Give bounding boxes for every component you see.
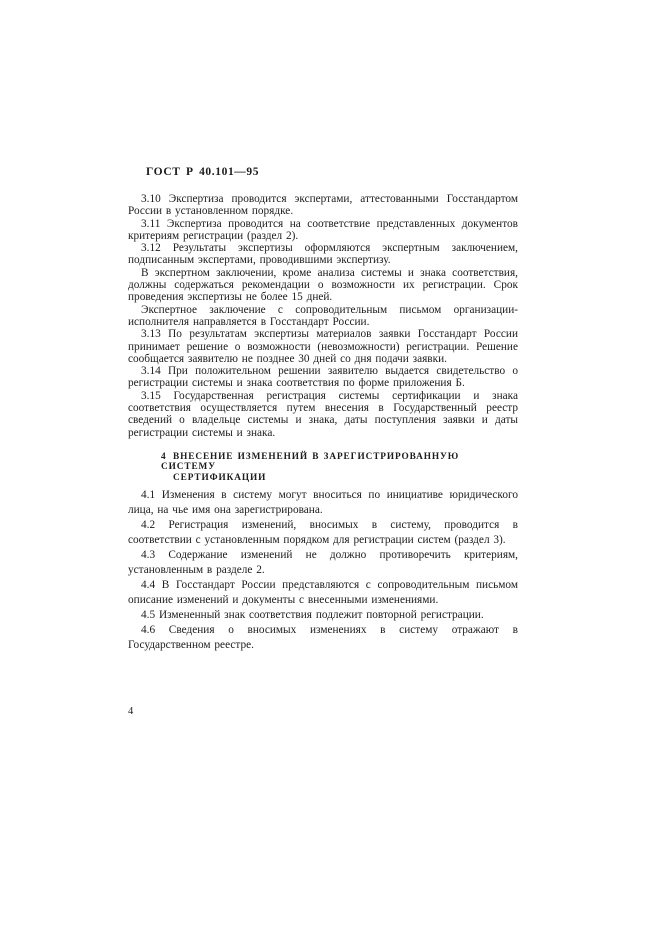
paragraph-3-12-note-2: Экспертное заключение с сопроводительным… [128,304,518,329]
paragraph-3-12-note: В экспертном заключении, кроме анализа с… [128,267,518,304]
section-4-title: ВНЕСЕНИЕ ИЗМЕНЕНИЙ В ЗАРЕГИСТРИРОВАННУЮ … [161,452,459,473]
paragraph-4-4: 4.4 В Госстандарт России представляются … [128,578,518,608]
paragraph-4-6: 4.6 Сведения о вносимых изменениях в сис… [128,623,518,653]
paragraph-4-3: 4.3 Содержание изменений не должно проти… [128,548,518,578]
paragraph-4-5: 4.5 Измененный знак соответствия подлежи… [128,608,518,623]
running-header: ГОСТ Р 40.101—95 [128,166,518,178]
paragraph-4-2: 4.2 Регистрация изменений, вносимых в си… [128,518,518,548]
document-page: ГОСТ Р 40.101—95 3.10 Экспертиза проводи… [0,0,661,936]
paragraph-3-15: 3.15 Государственная регистрация системы… [128,390,518,439]
page-content: ГОСТ Р 40.101—95 3.10 Экспертиза проводи… [128,166,518,653]
paragraph-3-12: 3.12 Результаты экспертизы оформляются э… [128,242,518,267]
page-number: 4 [128,706,133,718]
paragraph-3-11: 3.11 Экспертиза проводится на соответств… [128,218,518,243]
paragraph-3-10: 3.10 Экспертиза проводится экспертами, а… [128,193,518,218]
paragraph-4-1: 4.1 Изменения в систему могут вноситься … [128,488,518,518]
section-4-heading-line-1: 4ВНЕСЕНИЕ ИЗМЕНЕНИЙ В ЗАРЕГИСТРИРОВАННУЮ… [161,452,518,473]
paragraph-3-14: 3.14 При положительном решении заявителю… [128,365,518,390]
section-4-number: 4 [161,452,173,463]
section-4-heading: 4ВНЕСЕНИЕ ИЗМЕНЕНИЙ В ЗАРЕГИСТРИРОВАННУЮ… [161,452,518,484]
section-3-body: 3.10 Экспертиза проводится экспертами, а… [128,193,518,439]
paragraph-3-13: 3.13 По результатам экспертизы материало… [128,328,518,365]
section-4-heading-line-2: СЕРТИФИКАЦИИ [161,473,518,484]
section-4-body: 4.1 Изменения в систему могут вноситься … [128,488,518,653]
